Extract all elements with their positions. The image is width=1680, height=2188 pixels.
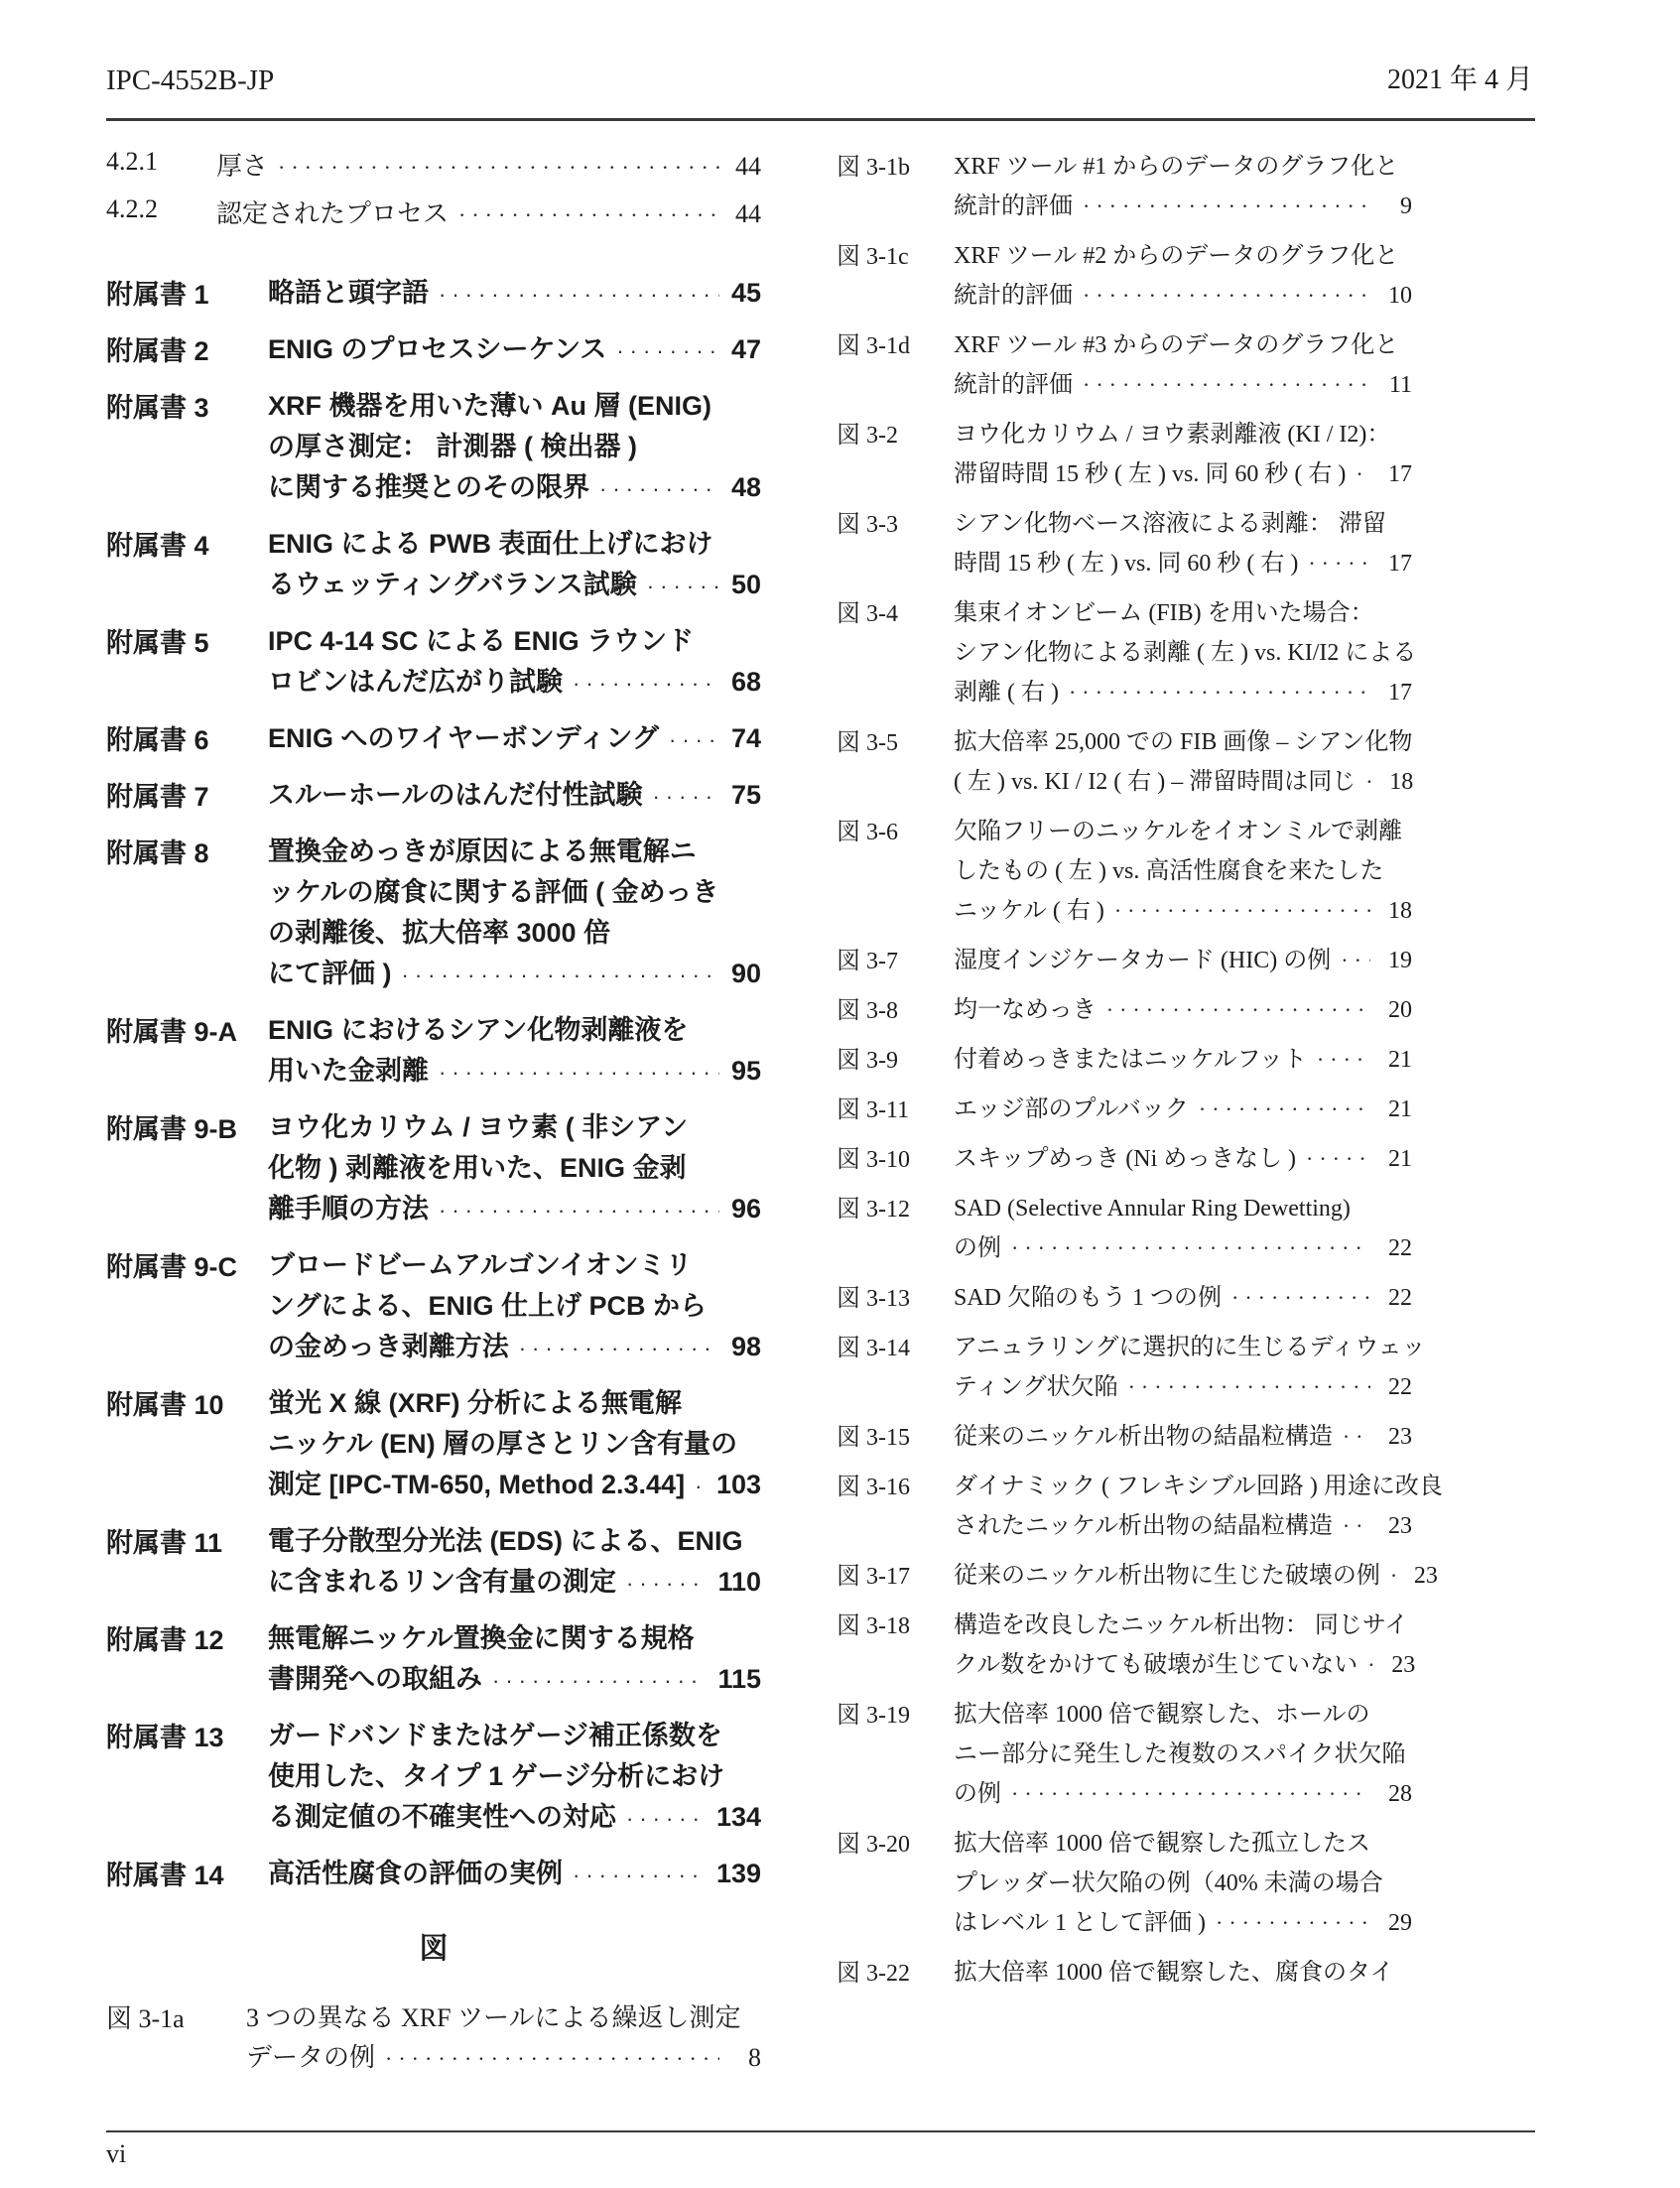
dot-leader — [695, 1465, 705, 1506]
page-number: 23 — [1382, 1506, 1412, 1546]
dot-leader — [519, 1327, 719, 1368]
footer-rule — [106, 2130, 1535, 2132]
toc-entry-line: 置換金めっきが原因による無電解ニ — [268, 832, 761, 872]
toc-entry-text: XRF 機器を用いた薄い Au 層 (ENIG)の厚さ測定： 計測器 ( 検出器… — [268, 386, 761, 509]
toc-entry: 図 3-14アニュラリングに選択的に生じるディウェッティング状欠陥22 — [837, 1328, 1412, 1407]
toc-entry-text: 均一なめっき20 — [954, 990, 1412, 1030]
toc-entry-line: ロビンはんだ広がり試験 — [268, 662, 563, 703]
toc-entry-label: 図 3-4 — [837, 593, 954, 628]
toc-entry-label: 附属書 8 — [106, 832, 268, 870]
toc-entry-line: IPC 4-14 SC による ENIG ラウンド — [268, 621, 761, 662]
toc-entry-line: ニッケル ( 右 ) — [954, 891, 1104, 931]
page-number: 23 — [1385, 1645, 1415, 1685]
toc-entry-label: 附属書 9-B — [106, 1107, 268, 1146]
page-number: 110 — [717, 1562, 761, 1603]
toc-entry-text: ブロードビームアルゴンイオンミリングによる、ENIG 仕上げ PCB からの金め… — [268, 1245, 761, 1368]
toc-entry-line: されたニッケル析出物の結晶粒構造 — [954, 1506, 1333, 1546]
toc-entry-line: ENIG のプロセスシーケンス — [268, 329, 606, 370]
toc-entry-line: の例 — [954, 1228, 1001, 1268]
page-number: 47 — [731, 329, 761, 370]
toc-entry-label: 附属書 13 — [106, 1716, 268, 1754]
toc-entry-text: 付着めっきまたはニッケルフット21 — [954, 1040, 1412, 1080]
toc-entry-text: ヨウ化カリウム / ヨウ素剥離液 (KI / I2)：滞留時間 15 秒 ( 左… — [954, 415, 1412, 494]
toc-entry-line: 化物 ) 剥離液を用いた、ENIG 金剥 — [268, 1148, 761, 1189]
toc-entry-label: 附属書 1 — [106, 273, 268, 312]
toc-sections-group: 4.2.1厚さ444.2.2認定されたプロセス44 — [106, 147, 761, 235]
toc-entry-line: 認定されたプロセス — [216, 194, 449, 234]
toc-entry-line: 離手順の方法 — [268, 1189, 429, 1229]
toc-entry-line: 使用した、タイプ 1 ゲージ分析におけ — [268, 1756, 761, 1797]
toc-entry-label: 図 3-6 — [837, 812, 954, 846]
toc-entry: 図 3-7湿度インジケータカード (HIC) の例19 — [837, 941, 1412, 980]
toc-entry-text: スキップめっき (Ni めっきなし )21 — [954, 1139, 1412, 1179]
toc-entry: 図 3-22拡大倍率 1000 倍で観察した、腐食のタイ — [837, 1953, 1412, 1993]
toc-entry-label: 附属書 11 — [106, 1521, 268, 1560]
dot-leader — [1083, 276, 1370, 316]
toc-left-column: 4.2.1厚さ444.2.2認定されたプロセス44 附属書 1略語と頭字語45附… — [106, 147, 761, 2089]
dot-leader — [669, 718, 719, 760]
dot-leader — [1069, 673, 1370, 712]
page-number: 11 — [1382, 365, 1412, 405]
toc-entry-text: シアン化物ベース溶液による剥離： 滞留時間 15 秒 ( 左 ) vs. 同 6… — [954, 504, 1412, 583]
toc-entry: 附属書 4ENIG による PWB 表面仕上げにおけるウェッティングバランス試験… — [106, 524, 761, 606]
toc-entry-text: ENIG のプロセスシーケンス47 — [268, 329, 761, 371]
toc-entry: 図 3-3シアン化物ベース溶液による剥離： 滞留時間 15 秒 ( 左 ) vs… — [837, 504, 1412, 583]
page-number: 8 — [731, 2038, 761, 2078]
toc-entry-line: 滞留時間 15 秒 ( 左 ) vs. 同 60 秒 ( 右 ) — [954, 454, 1346, 494]
toc-entry-label: 図 3-12 — [837, 1189, 954, 1223]
toc-entry-text: ENIG による PWB 表面仕上げにおけるウェッティングバランス試験50 — [268, 524, 761, 606]
page-number: 23 — [1382, 1417, 1412, 1457]
page-number: 45 — [731, 273, 761, 314]
toc-entry: 附属書 13ガードバンドまたはゲージ補正係数を使用した、タイプ 1 ゲージ分析に… — [106, 1716, 761, 1839]
toc-entry-text: XRF ツール #3 からのデータのグラフ化と統計的評価11 — [954, 325, 1412, 405]
page-number: 139 — [716, 1854, 761, 1894]
toc-annexes-group: 附属書 1略語と頭字語45附属書 2ENIG のプロセスシーケンス47附属書 3… — [106, 273, 761, 1895]
toc-entry-line: の例 — [954, 1774, 1001, 1814]
toc-entry-line: シアン化物ベース溶液による剥離： 滞留 — [954, 504, 1412, 544]
toc-entry-line: 略語と頭字語 — [268, 273, 429, 314]
toc-right-column: 図 3-1bXRF ツール #1 からのデータのグラフ化と統計的評価9図 3-1… — [837, 147, 1412, 2089]
dot-leader — [1306, 1139, 1370, 1179]
toc-entry: 図 3-19拡大倍率 1000 倍で観察した、ホールのニー部分に発生した複数のス… — [837, 1695, 1412, 1814]
dot-leader — [1367, 1645, 1373, 1685]
toc-entry-text: 認定されたプロセス44 — [216, 194, 761, 235]
page-number: 74 — [731, 718, 761, 759]
page-number: 22 — [1382, 1228, 1412, 1268]
toc-entry-text: 無電解ニッケル置換金に関する規格書開発への取組み115 — [268, 1618, 761, 1701]
toc-entry-text: 従来のニッケル析出物に生じた破壊の例23 — [954, 1556, 1412, 1596]
toc-entry-label: 附属書 3 — [106, 386, 268, 425]
dot-leader — [385, 2038, 719, 2079]
toc-entry-line: る測定値の不確実性への対応 — [268, 1797, 616, 1838]
page-number: 115 — [717, 1659, 761, 1700]
toc-entry-line: の剥離後、拡大倍率 3000 倍 — [268, 913, 761, 954]
dot-leader — [1128, 1367, 1370, 1407]
page-number: 22 — [1382, 1367, 1412, 1407]
toc-entry-line: ニッケル (EN) 層の厚さとリン含有量の — [268, 1424, 761, 1465]
page-number: 28 — [1382, 1774, 1412, 1814]
toc-entry: 図 3-4集束イオンビーム (FIB) を用いた場合：シアン化物による剥離 ( … — [837, 593, 1412, 712]
toc-figures-group-left: 図 3-1a3 つの異なる XRF ツールによる繰返し測定データの例8 — [106, 1998, 761, 2079]
page-number: 48 — [731, 467, 761, 508]
toc-entry-line: ガードバンドまたはゲージ補正係数を — [268, 1716, 761, 1756]
toc-entry-line: XRF ツール #3 からのデータのグラフ化と — [954, 325, 1412, 365]
dot-leader — [1011, 1228, 1370, 1268]
dot-leader — [647, 565, 719, 606]
toc-entry-label: 附属書 14 — [106, 1854, 268, 1892]
toc-entry-text: SAD 欠陥のもう 1 つの例22 — [954, 1278, 1412, 1318]
toc-entry: 図 3-9付着めっきまたはニッケルフット21 — [837, 1040, 1412, 1080]
dot-leader — [1343, 1506, 1370, 1546]
dot-leader — [1083, 187, 1370, 226]
toc-entry: 図 3-1cXRF ツール #2 からのデータのグラフ化と統計的評価10 — [837, 236, 1412, 316]
page-number: 17 — [1382, 544, 1412, 583]
toc-entry-text: ENIG へのワイヤーボンディング74 — [268, 718, 761, 760]
toc-entry-line: データの例 — [246, 2038, 375, 2078]
toc-entry-line: ングによる、ENIG 仕上げ PCB から — [268, 1286, 761, 1327]
toc-entry-line: 3 つの異なる XRF ツールによる繰返し測定 — [246, 1998, 761, 2038]
toc-entry-line: にて評価 ) — [268, 954, 392, 994]
toc-entry-text: エッジ部のプルバック21 — [954, 1090, 1412, 1129]
toc-entry-label: 図 3-8 — [837, 990, 954, 1025]
toc-entry-line: ダイナミック ( フレキシブル回路 ) 用途に改良 — [954, 1467, 1412, 1506]
toc-entry: 図 3-16ダイナミック ( フレキシブル回路 ) 用途に改良されたニッケル析出… — [837, 1467, 1412, 1546]
toc-entry-line: はレベル 1 として評価 ) — [954, 1903, 1206, 1943]
toc-entry-text: ガードバンドまたはゲージ補正係数を使用した、タイプ 1 ゲージ分析における測定値… — [268, 1716, 761, 1839]
toc-entry-line: ティング状欠陥 — [954, 1367, 1118, 1407]
toc-entry-line: エッジ部のプルバック — [954, 1090, 1189, 1129]
toc-entry-label: 図 3-20 — [837, 1824, 954, 1859]
toc-entry-line: 統計的評価 — [954, 276, 1073, 316]
dot-leader — [1114, 891, 1370, 931]
toc-entry-label: 図 3-11 — [837, 1090, 954, 1124]
toc-entry-label: 図 3-3 — [837, 504, 954, 539]
dot-leader — [1216, 1903, 1370, 1943]
toc-entry-text: IPC 4-14 SC による ENIG ラウンドロビンはんだ広がり試験68 — [268, 621, 761, 704]
toc-entry-text: スルーホールのはんだ付性試験75 — [268, 775, 761, 817]
toc-entry: 図 3-1a3 つの異なる XRF ツールによる繰返し測定データの例8 — [106, 1998, 761, 2079]
toc-entry-line: 厚さ — [216, 147, 268, 187]
toc-entry-text: SAD (Selective Annular Ring Dewetting)の例… — [954, 1189, 1412, 1268]
page-number: 103 — [716, 1465, 761, 1505]
toc-entry-text: 高活性腐食の評価の実例139 — [268, 1854, 761, 1895]
toc-entry: 附属書 11電子分散型分光法 (EDS) による、ENIGに含まれるリン含有量の… — [106, 1521, 761, 1604]
toc-entry-line: ッケルの腐食に関する評価 ( 金めっき — [268, 872, 761, 913]
toc-entry-label: 附属書 2 — [106, 329, 268, 368]
header-rule — [106, 118, 1535, 121]
toc-entry-line: XRF 機器を用いた薄い Au 層 (ENIG) — [268, 386, 761, 427]
toc-entry-line: 電子分散型分光法 (EDS) による、ENIG — [268, 1521, 761, 1562]
page-number: 22 — [1382, 1278, 1412, 1318]
page-number: 44 — [731, 194, 761, 234]
toc-entry-line: スルーホールのはんだ付性試験 — [268, 775, 642, 816]
toc-entry-label: 図 3-9 — [837, 1040, 954, 1075]
toc-entry-label: 図 3-15 — [837, 1417, 954, 1452]
page-number: 98 — [731, 1327, 761, 1367]
toc-entry-line: 均一なめっき — [954, 990, 1097, 1030]
dot-leader — [492, 1659, 706, 1701]
toc-entry-line: ヨウ化カリウム / ヨウ素剥離液 (KI / I2)： — [954, 415, 1412, 454]
toc-entry: 附属書 2ENIG のプロセスシーケンス47 — [106, 329, 761, 371]
toc-entry-label: 図 3-13 — [837, 1278, 954, 1313]
toc-entry-line: 従来のニッケル析出物に生じた破壊の例 — [954, 1556, 1380, 1596]
toc-entry: 附属書 5IPC 4-14 SC による ENIG ラウンドロビンはんだ広がり試… — [106, 621, 761, 704]
toc-entry: 図 3-15従来のニッケル析出物の結晶粒構造23 — [837, 1417, 1412, 1457]
toc-entry-text: 3 つの異なる XRF ツールによる繰返し測定データの例8 — [246, 1998, 761, 2079]
dot-leader — [1199, 1090, 1370, 1129]
toc-entry-line: ( 左 ) vs. KI / I2 ( 右 ) – 滞留時間は同じ — [954, 762, 1356, 802]
page-number: 23 — [1408, 1556, 1438, 1596]
toc-entry-text: 従来のニッケル析出物の結晶粒構造23 — [954, 1417, 1412, 1457]
toc-entry: 図 3-6欠陥フリーのニッケルをイオンミルで剥離したもの ( 左 ) vs. 高… — [837, 812, 1412, 931]
toc-entry: 附属書 1略語と頭字語45 — [106, 273, 761, 315]
toc-entry-line: の厚さ測定： 計測器 ( 検出器 ) — [268, 427, 761, 467]
toc-entry-label: 4.2.1 — [106, 147, 216, 177]
toc-entry: 附属書 6ENIG へのワイヤーボンディング74 — [106, 718, 761, 760]
toc-entry-line: 従来のニッケル析出物の結晶粒構造 — [954, 1417, 1333, 1457]
page-number: 68 — [731, 662, 761, 703]
page-number: 29 — [1382, 1903, 1412, 1943]
toc-entry-label: 図 3-17 — [837, 1556, 954, 1591]
toc-entry-line: るウェッティングバランス試験 — [268, 565, 637, 605]
dot-leader — [616, 329, 719, 371]
dot-leader — [1011, 1774, 1370, 1814]
toc-entry-line: シアン化物による剥離 ( 左 ) vs. KI/I2 による — [954, 633, 1412, 673]
toc-entry-label: 図 3-22 — [837, 1953, 954, 1988]
toc-entry: 4.2.2認定されたプロセス44 — [106, 194, 761, 235]
page-number: 20 — [1382, 990, 1412, 1030]
toc-entry-label: 図 3-10 — [837, 1139, 954, 1174]
toc-entry-line: 統計的評価 — [954, 365, 1073, 405]
dot-leader — [1083, 365, 1370, 405]
toc-entry-text: XRF ツール #1 からのデータのグラフ化と統計的評価9 — [954, 147, 1412, 226]
toc-entry-text: 集束イオンビーム (FIB) を用いた場合：シアン化物による剥離 ( 左 ) v… — [954, 593, 1412, 712]
dot-leader — [439, 1189, 719, 1230]
toc-entry-line: 欠陥フリーのニッケルをイオンミルで剥離 — [954, 812, 1412, 851]
page-number: 19 — [1382, 941, 1412, 980]
toc-entry-line: ヨウ化カリウム / ヨウ素 ( 非シアン — [268, 1107, 761, 1148]
toc-entry-label: 図 3-1d — [837, 325, 954, 360]
page-number: 17 — [1382, 454, 1412, 494]
toc-entry-label: 図 3-19 — [837, 1695, 954, 1730]
toc-entry-label: 附属書 4 — [106, 524, 268, 563]
toc-entry-line: スキップめっき (Ni めっきなし ) — [954, 1139, 1296, 1179]
toc-entry-text: 湿度インジケータカード (HIC) の例19 — [954, 941, 1412, 980]
toc-entry-label: 図 3-2 — [837, 415, 954, 450]
toc-entry-label: 図 3-14 — [837, 1328, 954, 1362]
toc-entry-label: 図 3-1a — [106, 1998, 246, 2035]
page-number: 21 — [1382, 1040, 1412, 1080]
toc-entry-line: 湿度インジケータカード (HIC) の例 — [954, 941, 1331, 980]
toc-entry: 附属書 12無電解ニッケル置換金に関する規格書開発への取組み115 — [106, 1618, 761, 1701]
toc-entry-line: 拡大倍率 1000 倍で観察した孤立したス — [954, 1824, 1412, 1864]
toc-figures-group-right: 図 3-1bXRF ツール #1 からのデータのグラフ化と統計的評価9図 3-1… — [837, 147, 1412, 1993]
toc-entry: 図 3-18構造を改良したニッケル析出物： 同じサイクル数をかけても破壊が生じて… — [837, 1606, 1412, 1685]
dot-leader — [1231, 1278, 1370, 1318]
toc-entry-label: 図 3-16 — [837, 1467, 954, 1501]
page-number: 18 — [1383, 762, 1413, 802]
toc-entry: 附属書 8置換金めっきが原因による無電解ニッケルの腐食に関する評価 ( 金めっき… — [106, 832, 761, 995]
page-number: 90 — [731, 954, 761, 994]
toc-entry-label: 図 3-7 — [837, 941, 954, 975]
toc-entry-line: クル数をかけても破壊が生じていない — [954, 1645, 1357, 1685]
page-number: 18 — [1382, 891, 1412, 931]
page-number: 10 — [1382, 276, 1412, 316]
toc-entry-text: ENIG におけるシアン化物剥離液を用いた金剥離95 — [268, 1010, 761, 1093]
dot-leader — [1365, 762, 1371, 802]
dot-leader — [626, 1562, 706, 1604]
toc-entry-line: に関する推奨とのその限界 — [268, 467, 589, 508]
toc-entry-label: 附属書 10 — [106, 1383, 268, 1422]
dot-leader — [439, 1051, 719, 1093]
toc-entry-line: 測定 [IPC-TM-650, Method 2.3.44] — [268, 1465, 685, 1505]
toc-entry-line: アニュラリングに選択的に生じるディウェッ — [954, 1328, 1412, 1367]
toc-entry-label: 図 3-1b — [837, 147, 954, 182]
page-number: 134 — [716, 1797, 761, 1838]
toc-entry-line: 時間 15 秒 ( 左 ) vs. 同 60 秒 ( 右 ) — [954, 544, 1298, 583]
toc-entry: 図 3-17従来のニッケル析出物に生じた破壊の例23 — [837, 1556, 1412, 1596]
toc-entry: 附属書 3XRF 機器を用いた薄い Au 層 (ENIG)の厚さ測定： 計測器 … — [106, 386, 761, 509]
dot-leader — [1317, 1040, 1370, 1080]
page-number: 21 — [1382, 1090, 1412, 1129]
dot-leader — [1356, 454, 1370, 494]
toc-entry: 図 3-8均一なめっき20 — [837, 990, 1412, 1030]
document-number: IPC-4552B-JP — [106, 64, 274, 97]
toc-entry-line: 高活性腐食の評価の実例 — [268, 1854, 563, 1894]
toc-entry-line: ニー部分に発生した複数のスパイク状欠陥 — [954, 1735, 1412, 1774]
toc-entry-text: 拡大倍率 25,000 での FIB 画像 – シアン化物( 左 ) vs. K… — [954, 722, 1412, 802]
toc-entry-text: 厚さ44 — [216, 147, 761, 188]
toc-entry-line: XRF ツール #2 からのデータのグラフ化と — [954, 236, 1412, 276]
toc-entry-line: 構造を改良したニッケル析出物： 同じサイ — [954, 1606, 1412, 1645]
toc-entry-text: ダイナミック ( フレキシブル回路 ) 用途に改良されたニッケル析出物の結晶粒構… — [954, 1467, 1412, 1546]
toc-entry-label: 図 3-18 — [837, 1606, 954, 1640]
toc-entry: 附属書 9-Cブロードビームアルゴンイオンミリングによる、ENIG 仕上げ PC… — [106, 1245, 761, 1368]
toc-entry-line: 用いた金剥離 — [268, 1051, 429, 1092]
toc-entry-label: 附属書 7 — [106, 775, 268, 814]
toc-entry-line: ENIG による PWB 表面仕上げにおけ — [268, 524, 761, 565]
toc-entry-label: 附属書 12 — [106, 1618, 268, 1657]
toc-entry-line: XRF ツール #1 からのデータのグラフ化と — [954, 147, 1412, 187]
toc-entry: 図 3-5拡大倍率 25,000 での FIB 画像 – シアン化物( 左 ) … — [837, 722, 1412, 802]
toc-entry-line: 統計的評価 — [954, 187, 1073, 226]
dot-leader — [573, 1854, 705, 1895]
document-date: 2021 年 4 月 — [1387, 58, 1533, 97]
footer-page-number: vi — [106, 2139, 126, 2169]
document-page: IPC-4552B-JP 2021 年 4 月 4.2.1厚さ444.2.2認定… — [0, 0, 1680, 2188]
toc-entry-label: 附属書 5 — [106, 621, 268, 660]
toc-entry-line: 剥離 ( 右 ) — [954, 673, 1059, 712]
toc-entry-text: 電子分散型分光法 (EDS) による、ENIGに含まれるリン含有量の測定110 — [268, 1521, 761, 1604]
toc-entry-text: XRF ツール #2 からのデータのグラフ化と統計的評価10 — [954, 236, 1412, 316]
page-number: 75 — [731, 775, 761, 816]
dot-leader — [573, 662, 719, 704]
page-number: 9 — [1382, 187, 1412, 226]
toc-entry-line: 集束イオンビーム (FIB) を用いた場合： — [954, 593, 1412, 633]
toc-entry-line: ENIG におけるシアン化物剥離液を — [268, 1010, 761, 1051]
figures-heading: 図 — [106, 1929, 761, 1969]
toc-entry-text: 拡大倍率 1000 倍で観察した、ホールのニー部分に発生した複数のスパイク状欠陥… — [954, 1695, 1412, 1814]
page-number: 21 — [1382, 1139, 1412, 1179]
page-number: 50 — [731, 565, 761, 605]
page-header: IPC-4552B-JP 2021 年 4 月 — [106, 58, 1533, 97]
toc-entry-text: 構造を改良したニッケル析出物： 同じサイクル数をかけても破壊が生じていない23 — [954, 1606, 1412, 1685]
toc-entry: 附属書 9-Bヨウ化カリウム / ヨウ素 ( 非シアン化物 ) 剥離液を用いた、… — [106, 1107, 761, 1230]
toc-entry: 附属書 7スルーホールのはんだ付性試験75 — [106, 775, 761, 817]
toc-entry: 図 3-12SAD (Selective Annular Ring Dewett… — [837, 1189, 1412, 1268]
dot-leader — [402, 954, 719, 995]
page-number: 96 — [731, 1189, 761, 1229]
dot-leader — [278, 147, 719, 188]
toc-entry-line: 書開発への取組み — [268, 1659, 482, 1700]
toc-entry-text: アニュラリングに選択的に生じるディウェッティング状欠陥22 — [954, 1328, 1412, 1407]
toc-entry-line: の金めっき剥離方法 — [268, 1327, 509, 1367]
toc-entry-line: SAD 欠陥のもう 1 つの例 — [954, 1278, 1222, 1318]
toc-entry-line: 付着めっきまたはニッケルフット — [954, 1040, 1307, 1080]
toc-entry-line: 拡大倍率 1000 倍で観察した、ホールの — [954, 1695, 1412, 1735]
toc-columns: 4.2.1厚さ444.2.2認定されたプロセス44 附属書 1略語と頭字語45附… — [106, 147, 1412, 2089]
dot-leader — [626, 1797, 705, 1839]
dot-leader — [1106, 990, 1370, 1030]
page-number: 95 — [731, 1051, 761, 1092]
dot-leader — [458, 194, 719, 235]
toc-entry: 図 3-1dXRF ツール #3 からのデータのグラフ化と統計的評価11 — [837, 325, 1412, 405]
toc-entry: 図 3-11エッジ部のプルバック21 — [837, 1090, 1412, 1129]
toc-entry-text: 置換金めっきが原因による無電解ニッケルの腐食に関する評価 ( 金めっきの剥離後、… — [268, 832, 761, 995]
dot-leader — [1343, 1417, 1370, 1457]
toc-entry-line: 無電解ニッケル置換金に関する規格 — [268, 1618, 761, 1659]
dot-leader — [599, 467, 719, 509]
toc-entry-line: 拡大倍率 25,000 での FIB 画像 – シアン化物 — [954, 722, 1412, 762]
toc-entry-label: 図 3-5 — [837, 722, 954, 757]
toc-entry-text: 略語と頭字語45 — [268, 273, 761, 315]
toc-entry-line: ブロードビームアルゴンイオンミリ — [268, 1245, 761, 1286]
dot-leader — [1341, 941, 1370, 980]
toc-entry-line: SAD (Selective Annular Ring Dewetting) — [954, 1189, 1412, 1228]
toc-entry: 附属書 10蛍光 X 線 (XRF) 分析による無電解ニッケル (EN) 層の厚… — [106, 1383, 761, 1506]
dot-leader — [1390, 1556, 1396, 1596]
dot-leader — [652, 775, 718, 817]
toc-entry-text: 欠陥フリーのニッケルをイオンミルで剥離したもの ( 左 ) vs. 高活性腐食を… — [954, 812, 1412, 931]
toc-entry-line: 蛍光 X 線 (XRF) 分析による無電解 — [268, 1383, 761, 1424]
page-number: 44 — [731, 147, 761, 187]
toc-entry-text: 蛍光 X 線 (XRF) 分析による無電解ニッケル (EN) 層の厚さとリン含有… — [268, 1383, 761, 1506]
toc-entry-label: 附属書 9-A — [106, 1010, 268, 1049]
dot-leader — [1308, 544, 1370, 583]
toc-entry: 附属書 14高活性腐食の評価の実例139 — [106, 1854, 761, 1895]
toc-entry-line: したもの ( 左 ) vs. 高活性腐食を来たした — [954, 851, 1412, 891]
toc-entry-text: 拡大倍率 1000 倍で観察した孤立したスプレッダー状欠陥の例（40% 未満の場… — [954, 1824, 1412, 1943]
toc-entry: 図 3-13SAD 欠陥のもう 1 つの例22 — [837, 1278, 1412, 1318]
toc-entry-line: ENIG へのワイヤーボンディング — [268, 718, 659, 759]
toc-entry: 4.2.1厚さ44 — [106, 147, 761, 188]
toc-entry-line: プレッダー状欠陥の例（40% 未満の場合 — [954, 1864, 1412, 1903]
dot-leader — [439, 273, 719, 315]
toc-entry: 図 3-2ヨウ化カリウム / ヨウ素剥離液 (KI / I2)：滞留時間 15 … — [837, 415, 1412, 494]
toc-entry: 図 3-1bXRF ツール #1 からのデータのグラフ化と統計的評価9 — [837, 147, 1412, 226]
toc-entry: 附属書 9-AENIG におけるシアン化物剥離液を用いた金剥離95 — [106, 1010, 761, 1093]
toc-entry-label: 附属書 6 — [106, 718, 268, 757]
toc-entry-line: 拡大倍率 1000 倍で観察した、腐食のタイ — [954, 1953, 1394, 1993]
page-number: 17 — [1382, 673, 1412, 712]
toc-entry-line: に含まれるリン含有量の測定 — [268, 1562, 616, 1603]
toc-entry-label: 図 3-1c — [837, 236, 954, 271]
toc-entry-text: 拡大倍率 1000 倍で観察した、腐食のタイ — [954, 1953, 1412, 1993]
toc-entry-label: 4.2.2 — [106, 194, 216, 224]
toc-entry-label: 附属書 9-C — [106, 1245, 268, 1284]
toc-entry: 図 3-10スキップめっき (Ni めっきなし )21 — [837, 1139, 1412, 1179]
